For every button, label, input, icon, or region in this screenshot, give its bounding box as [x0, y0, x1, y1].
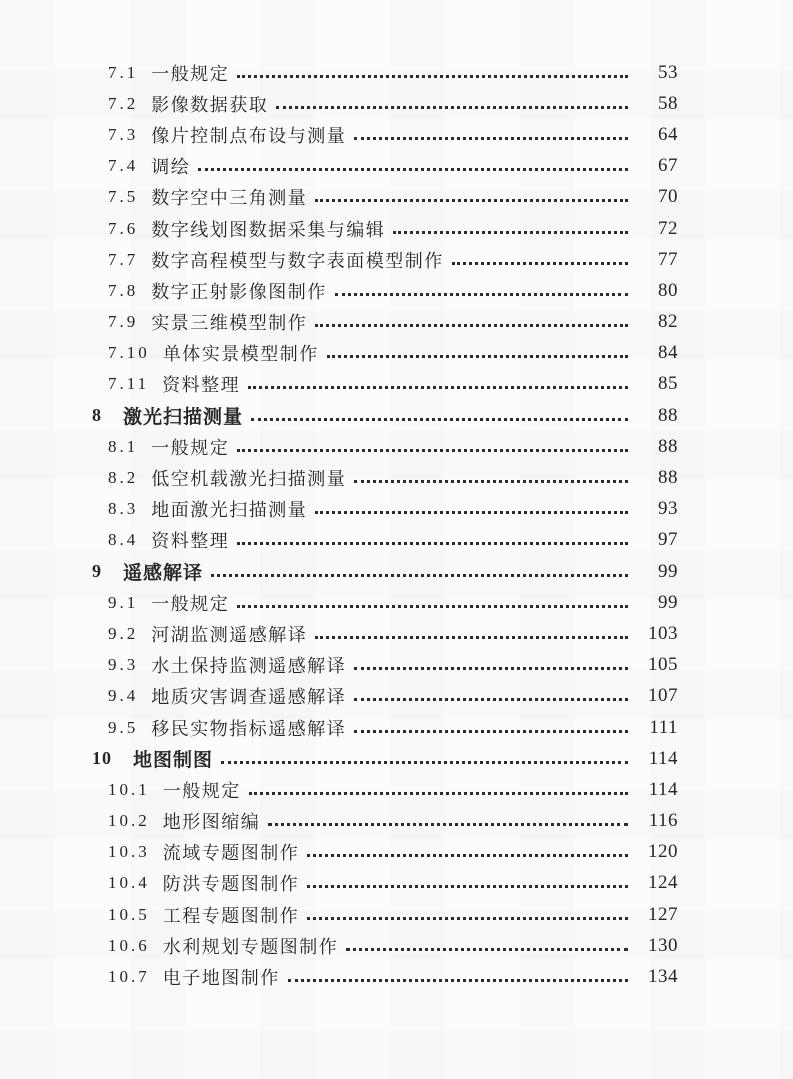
toc-entry-page: 85	[634, 373, 678, 395]
toc-entry-title: 实景三维模型制作	[151, 309, 307, 335]
toc-entry-number: 7.11	[108, 374, 149, 394]
toc-entry: 7.4调绘67	[0, 151, 793, 182]
toc-entry-title: 单体实景模型制作	[163, 340, 319, 366]
toc-entry-page: 84	[634, 342, 678, 364]
toc-entry-number: 8.1	[108, 437, 138, 457]
toc-entry-number: 9.3	[108, 655, 138, 675]
toc-entry: 7.11资料整理85	[0, 369, 793, 400]
toc-entry-number: 8.3	[108, 499, 138, 519]
toc-entry: 9.3水土保持监测遥感解译105	[0, 650, 793, 681]
toc-entry-number: 10.7	[108, 967, 150, 987]
dot-leader	[237, 535, 628, 545]
toc-entry-title: 电子地图制作	[163, 964, 280, 990]
toc-entry-number: 8.2	[108, 468, 138, 488]
toc-entry-page: 130	[634, 935, 678, 957]
toc-entry-page: 127	[634, 904, 678, 926]
dot-leader	[248, 379, 628, 389]
toc-entry-number: 10.1	[108, 780, 150, 800]
dot-leader	[452, 255, 628, 265]
toc-entry-title: 资料整理	[151, 527, 229, 553]
toc-entry-page: 116	[634, 810, 678, 832]
toc-entry-page: 103	[634, 623, 678, 645]
toc-entry-page: 134	[634, 966, 678, 988]
toc-entry: 7.1一般规定53	[0, 57, 793, 88]
toc-entry: 8.1一般规定88	[0, 431, 793, 462]
dot-leader	[315, 192, 628, 202]
dot-leader	[315, 629, 628, 639]
toc-entry-title: 一般规定	[151, 590, 229, 616]
dot-leader	[354, 723, 628, 733]
toc-entry-title: 影像数据获取	[151, 91, 268, 117]
dot-leader	[354, 473, 628, 483]
dot-leader	[276, 99, 628, 109]
toc-entry-page: 88	[634, 467, 678, 489]
toc-entry-page: 77	[634, 249, 678, 271]
toc-entry-number: 7.8	[108, 281, 138, 301]
document-page: 7.1一般规定537.2影像数据获取587.3像片控制点布设与测量647.4调绘…	[0, 0, 793, 1079]
toc-entry-page: 88	[634, 436, 678, 458]
toc-entry-number: 7.1	[108, 63, 138, 83]
toc-entry: 9.1一般规定99	[0, 587, 793, 618]
toc-entry: 8.4资料整理97	[0, 525, 793, 556]
dot-leader	[288, 972, 628, 982]
dot-leader	[307, 910, 628, 920]
toc-entry-page: 114	[634, 779, 678, 801]
toc-entry-number: 7.6	[108, 219, 138, 239]
toc-entry-number: 10	[92, 748, 112, 769]
toc-entry: 7.3像片控制点布设与测量64	[0, 119, 793, 150]
dot-leader	[354, 691, 628, 701]
toc-entry-title: 河湖监测遥感解译	[151, 621, 307, 647]
toc-entry-title: 地面激光扫描测量	[151, 496, 307, 522]
toc-entry: 9.4地质灾害调查遥感解译107	[0, 681, 793, 712]
toc-entry-page: 120	[634, 841, 678, 863]
toc-entry: 7.9实景三维模型制作82	[0, 307, 793, 338]
toc-entry-title: 数字线划图数据采集与编辑	[151, 216, 385, 242]
dot-leader	[237, 68, 628, 78]
toc-entry-title: 一般规定	[163, 777, 241, 803]
toc-entry-number: 7.5	[108, 187, 138, 207]
toc-entry-number: 7.2	[108, 94, 138, 114]
dot-leader	[354, 130, 628, 140]
dot-leader	[315, 317, 628, 327]
toc-entry-title: 流域专题图制作	[163, 839, 300, 865]
toc-entry-title: 数字正射影像图制作	[151, 278, 327, 304]
toc-entry-page: 99	[634, 592, 678, 614]
dot-leader	[346, 941, 628, 951]
toc-entry: 9.2河湖监测遥感解译103	[0, 618, 793, 649]
toc-entry-title: 工程专题图制作	[163, 902, 300, 928]
toc-entry-page: 80	[634, 280, 678, 302]
toc-entry-page: 97	[634, 529, 678, 551]
dot-leader	[268, 816, 628, 826]
dot-leader	[354, 660, 628, 670]
toc-entry: 10地图制图114	[0, 743, 793, 774]
toc-entry-page: 53	[634, 62, 678, 84]
toc-entry: 7.2影像数据获取58	[0, 88, 793, 119]
toc-entry-page: 114	[634, 748, 678, 770]
toc-entry: 10.4防洪专题图制作124	[0, 868, 793, 899]
toc-entry: 7.5数字空中三角测量70	[0, 182, 793, 213]
toc-entry-number: 7.9	[108, 312, 138, 332]
toc-entry-number: 10.6	[108, 936, 150, 956]
toc-entry-page: 70	[634, 186, 678, 208]
toc-entry: 8.2低空机载激光扫描测量88	[0, 462, 793, 493]
toc-entry-page: 72	[634, 218, 678, 240]
toc-entry-page: 93	[634, 498, 678, 520]
dot-leader	[307, 847, 628, 857]
toc-entry: 7.6数字线划图数据采集与编辑72	[0, 213, 793, 244]
toc-entry-title: 数字高程模型与数字表面模型制作	[151, 247, 444, 273]
toc-entry-page: 58	[634, 93, 678, 115]
toc-entry: 8.3地面激光扫描测量93	[0, 494, 793, 525]
dot-leader	[249, 785, 628, 795]
toc-entry-number: 8	[92, 405, 102, 426]
toc-entry: 7.10单体实景模型制作84	[0, 338, 793, 369]
toc-entry-title: 防洪专题图制作	[163, 870, 300, 896]
table-of-contents: 7.1一般规定537.2影像数据获取587.3像片控制点布设与测量647.4调绘…	[0, 57, 793, 993]
toc-entry-title: 激光扫描测量	[123, 402, 243, 429]
toc-entry-number: 7.3	[108, 125, 138, 145]
toc-entry-title: 移民实物指标遥感解译	[151, 715, 346, 741]
toc-entry: 10.6水利规划专题图制作130	[0, 930, 793, 961]
toc-entry-number: 9.2	[108, 624, 138, 644]
toc-entry-title: 资料整理	[162, 371, 240, 397]
dot-leader	[221, 754, 628, 764]
toc-entry-number: 10.4	[108, 873, 150, 893]
toc-entry-title: 水土保持监测遥感解译	[151, 652, 346, 678]
toc-entry-title: 一般规定	[151, 60, 229, 86]
toc-entry-number: 8.4	[108, 530, 138, 550]
toc-entry-number: 10.2	[108, 811, 150, 831]
toc-entry-page: 124	[634, 872, 678, 894]
dot-leader	[335, 286, 628, 296]
toc-entry: 10.7电子地图制作134	[0, 961, 793, 992]
toc-entry-page: 99	[634, 561, 678, 583]
toc-entry: 10.5工程专题图制作127	[0, 899, 793, 930]
toc-entry-page: 111	[634, 717, 678, 739]
toc-entry-number: 7.10	[108, 343, 150, 363]
toc-entry-title: 地图制图	[133, 745, 213, 772]
toc-entry: 10.2地形图缩编116	[0, 806, 793, 837]
toc-entry-number: 7.7	[108, 250, 138, 270]
toc-entry-number: 10.3	[108, 842, 150, 862]
dot-leader	[251, 411, 628, 421]
toc-entry-page: 67	[634, 155, 678, 177]
dot-leader	[237, 442, 628, 452]
toc-entry: 7.7数字高程模型与数字表面模型制作77	[0, 244, 793, 275]
toc-entry-title: 水利规划专题图制作	[163, 933, 339, 959]
toc-entry-page: 107	[634, 685, 678, 707]
dot-leader	[198, 161, 628, 171]
toc-entry: 9遥感解译99	[0, 556, 793, 587]
toc-entry-title: 地质灾害调查遥感解译	[151, 683, 346, 709]
toc-entry-page: 88	[634, 405, 678, 427]
toc-entry-number: 9.5	[108, 718, 138, 738]
toc-entry-title: 数字空中三角测量	[151, 184, 307, 210]
toc-entry-title: 遥感解译	[123, 558, 203, 585]
toc-entry-page: 105	[634, 654, 678, 676]
toc-entry: 9.5移民实物指标遥感解译111	[0, 712, 793, 743]
toc-entry-number: 10.5	[108, 905, 150, 925]
dot-leader	[307, 878, 628, 888]
toc-entry: 7.8数字正射影像图制作80	[0, 275, 793, 306]
toc-entry-number: 9.4	[108, 686, 138, 706]
toc-entry-number: 7.4	[108, 156, 138, 176]
toc-entry-title: 调绘	[151, 153, 190, 179]
dot-leader	[327, 348, 628, 358]
toc-entry-title: 地形图缩编	[163, 808, 261, 834]
toc-entry-title: 低空机载激光扫描测量	[151, 465, 346, 491]
toc-entry-page: 82	[634, 311, 678, 333]
toc-entry: 10.3流域专题图制作120	[0, 837, 793, 868]
toc-entry-title: 像片控制点布设与测量	[151, 122, 346, 148]
toc-entry-number: 9	[92, 561, 102, 582]
toc-entry-title: 一般规定	[151, 434, 229, 460]
toc-entry-number: 9.1	[108, 593, 138, 613]
dot-leader	[211, 567, 628, 577]
toc-entry-page: 64	[634, 124, 678, 146]
dot-leader	[393, 224, 628, 234]
dot-leader	[315, 504, 628, 514]
dot-leader	[237, 598, 628, 608]
toc-entry: 10.1一般规定114	[0, 774, 793, 805]
toc-entry: 8激光扫描测量88	[0, 400, 793, 431]
